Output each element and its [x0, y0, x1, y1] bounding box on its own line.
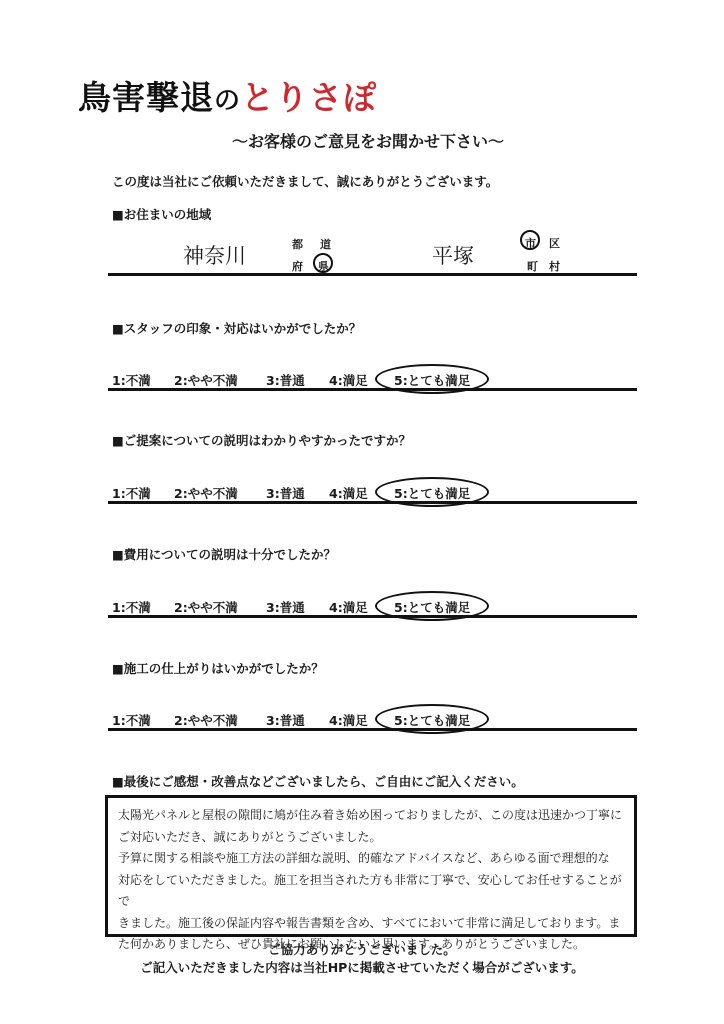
comments-box[interactable]: 太陽光パネルと屋根の隙間に鳩が住み着き始め困っておりましたが、この度は迅速かつ丁…	[105, 795, 637, 937]
pref-type-to: 都	[292, 236, 303, 252]
question-4: ■施工の仕上がりはいかがでしたか？	[112, 659, 324, 677]
pref-type-fu: 府	[292, 258, 303, 274]
city-type-machi: 町	[527, 258, 538, 274]
footer-thanks: ご協力ありがとうございました。	[0, 940, 724, 958]
logo-brand: とりさぽ	[241, 78, 377, 117]
footer-notice: ご記入いただきました内容は当社HPに掲載させていただく場合がございます。	[0, 958, 724, 976]
brand-logo: 鳥害撃退のとりさぽ	[78, 72, 377, 119]
divider	[108, 615, 637, 618]
comment-line: 太陽光パネルと屋根の隙間に鳩が住み着き始め困っておりましたが、この度は迅速かつ丁…	[118, 805, 624, 827]
city-type-shi[interactable]: 市	[525, 235, 536, 251]
question-3: ■費用についての説明は十分でしたか？	[112, 545, 336, 563]
option-1[interactable]: 1:不満	[112, 371, 174, 389]
option-1[interactable]: 1:不満	[112, 598, 174, 616]
comment-line: 対応をしていただきました。施工を担当された方も非常に丁寧で、安心してお任せするこ…	[118, 870, 624, 913]
prefecture-value: 神奈川	[183, 240, 246, 270]
comment-line: きました。施工後の保証内容や報告書類を含め、すべてにおいて非常に満足しております…	[118, 913, 624, 935]
pref-type-ken[interactable]: 県	[318, 258, 329, 274]
option-3[interactable]: 3:普通	[266, 598, 329, 616]
intro-text: この度は当社にご依頼いただきまして、誠にありがとうございます。	[112, 172, 498, 190]
option-3[interactable]: 3:普通	[266, 371, 329, 389]
city-value: 平塚	[432, 240, 474, 270]
divider	[108, 388, 637, 391]
page-title: ～お客様のご意見をお聞かせ下さい～	[232, 129, 504, 152]
pref-type-do: 道	[320, 236, 331, 252]
option-3[interactable]: 3:普通	[266, 484, 329, 502]
city-type-ku: 区	[549, 235, 560, 251]
city-type-mura: 村	[549, 258, 560, 274]
divider	[108, 501, 637, 504]
divider	[108, 728, 637, 731]
logo-main: 鳥害撃退	[78, 78, 214, 117]
option-2[interactable]: 2:やや不満	[174, 711, 266, 729]
option-3[interactable]: 3:普通	[266, 711, 329, 729]
option-2[interactable]: 2:やや不満	[174, 598, 266, 616]
comment-line: ご対応いただき、誠にありがとうございました。	[118, 827, 624, 849]
question-1: ■スタッフの印象・対応はいかがでしたか？	[112, 319, 361, 337]
option-2[interactable]: 2:やや不満	[174, 371, 266, 389]
region-heading: ■お住まいの地域	[112, 205, 211, 223]
comments-heading: ■最後にご感想・改善点などございましたら、ご自由にご記入ください。	[112, 772, 524, 790]
option-1[interactable]: 1:不満	[112, 484, 174, 502]
divider	[108, 273, 637, 276]
question-2: ■ご提案についての説明はわかりやすかったですか？	[112, 431, 411, 449]
option-1[interactable]: 1:不満	[112, 711, 174, 729]
option-2[interactable]: 2:やや不満	[174, 484, 266, 502]
logo-particle: の	[214, 86, 241, 116]
comment-line: 予算に関する相談や施工方法の詳細な説明、的確なアドバイスなど、あらゆる面で理想的…	[118, 848, 624, 870]
